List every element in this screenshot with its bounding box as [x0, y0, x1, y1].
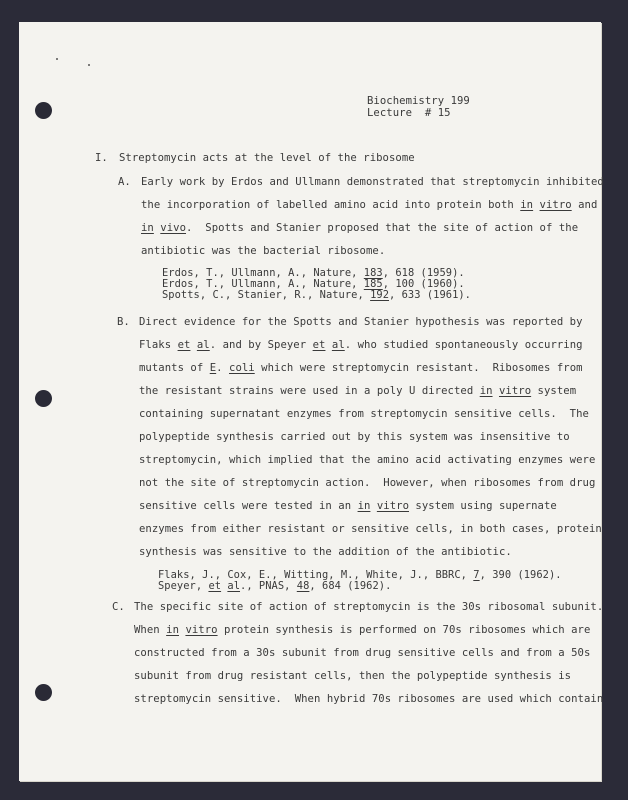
paragraph-line: antibiotic was the bacterial ribosome.	[141, 245, 385, 258]
paragraph-line: Direct evidence for the Spotts and Stani…	[139, 316, 583, 329]
paragraph-line: constructed from a 30s subunit from drug…	[134, 647, 590, 660]
paragraph-line: mutants of E. coli which were streptomyc…	[139, 362, 583, 375]
section-heading: Streptomycin acts at the level of the ri…	[119, 152, 415, 165]
paper-speck	[56, 58, 58, 60]
paragraph-line: Early work by Erdos and Ullmann demonstr…	[141, 176, 604, 189]
paragraph-line: streptomycin, which implied that the ami…	[139, 454, 595, 467]
paragraph-line: polypeptide synthesis carried out by thi…	[139, 431, 570, 444]
subsection-label: C.	[112, 601, 125, 614]
paragraph-line: Flaks et al. and by Speyer et al. who st…	[139, 339, 583, 352]
lecture-number: Lecture # 15	[367, 107, 451, 120]
paragraph-line: the resistant strains were used in a pol…	[139, 385, 576, 398]
paragraph-line: sensitive cells were tested in an in vit…	[139, 500, 557, 513]
paragraph-line: streptomycin sensitive. When hybrid 70s …	[134, 693, 603, 706]
paragraph-line: When in vitro protein synthesis is perfo…	[134, 624, 590, 637]
subsection-label: A.	[118, 176, 131, 189]
paragraph-line: enzymes from either resistant or sensiti…	[139, 523, 602, 536]
reference: Speyer, et al., PNAS, 48, 684 (1962).	[158, 581, 391, 592]
paragraph-line: subunit from drug resistant cells, then …	[134, 670, 571, 683]
subsection-label: B.	[117, 316, 130, 329]
paragraph-line: in vivo. Spotts and Stanier proposed tha…	[141, 222, 578, 235]
paragraph-line: The specific site of action of streptomy…	[134, 601, 603, 614]
paragraph-line: the incorporation of labelled amino acid…	[141, 199, 597, 212]
hole-punch	[35, 102, 52, 119]
paragraph-line: not the site of streptomycin action. How…	[139, 477, 595, 490]
paper-speck	[88, 64, 90, 66]
paragraph-line: containing supernatant enzymes from stre…	[139, 408, 589, 421]
hole-punch	[35, 684, 52, 701]
paragraph-line: synthesis was sensitive to the addition …	[139, 546, 512, 559]
document-page	[19, 22, 601, 781]
hole-punch	[35, 390, 52, 407]
reference: Spotts, C., Stanier, R., Nature, 192, 63…	[162, 290, 471, 301]
section-label: I.	[95, 152, 108, 165]
